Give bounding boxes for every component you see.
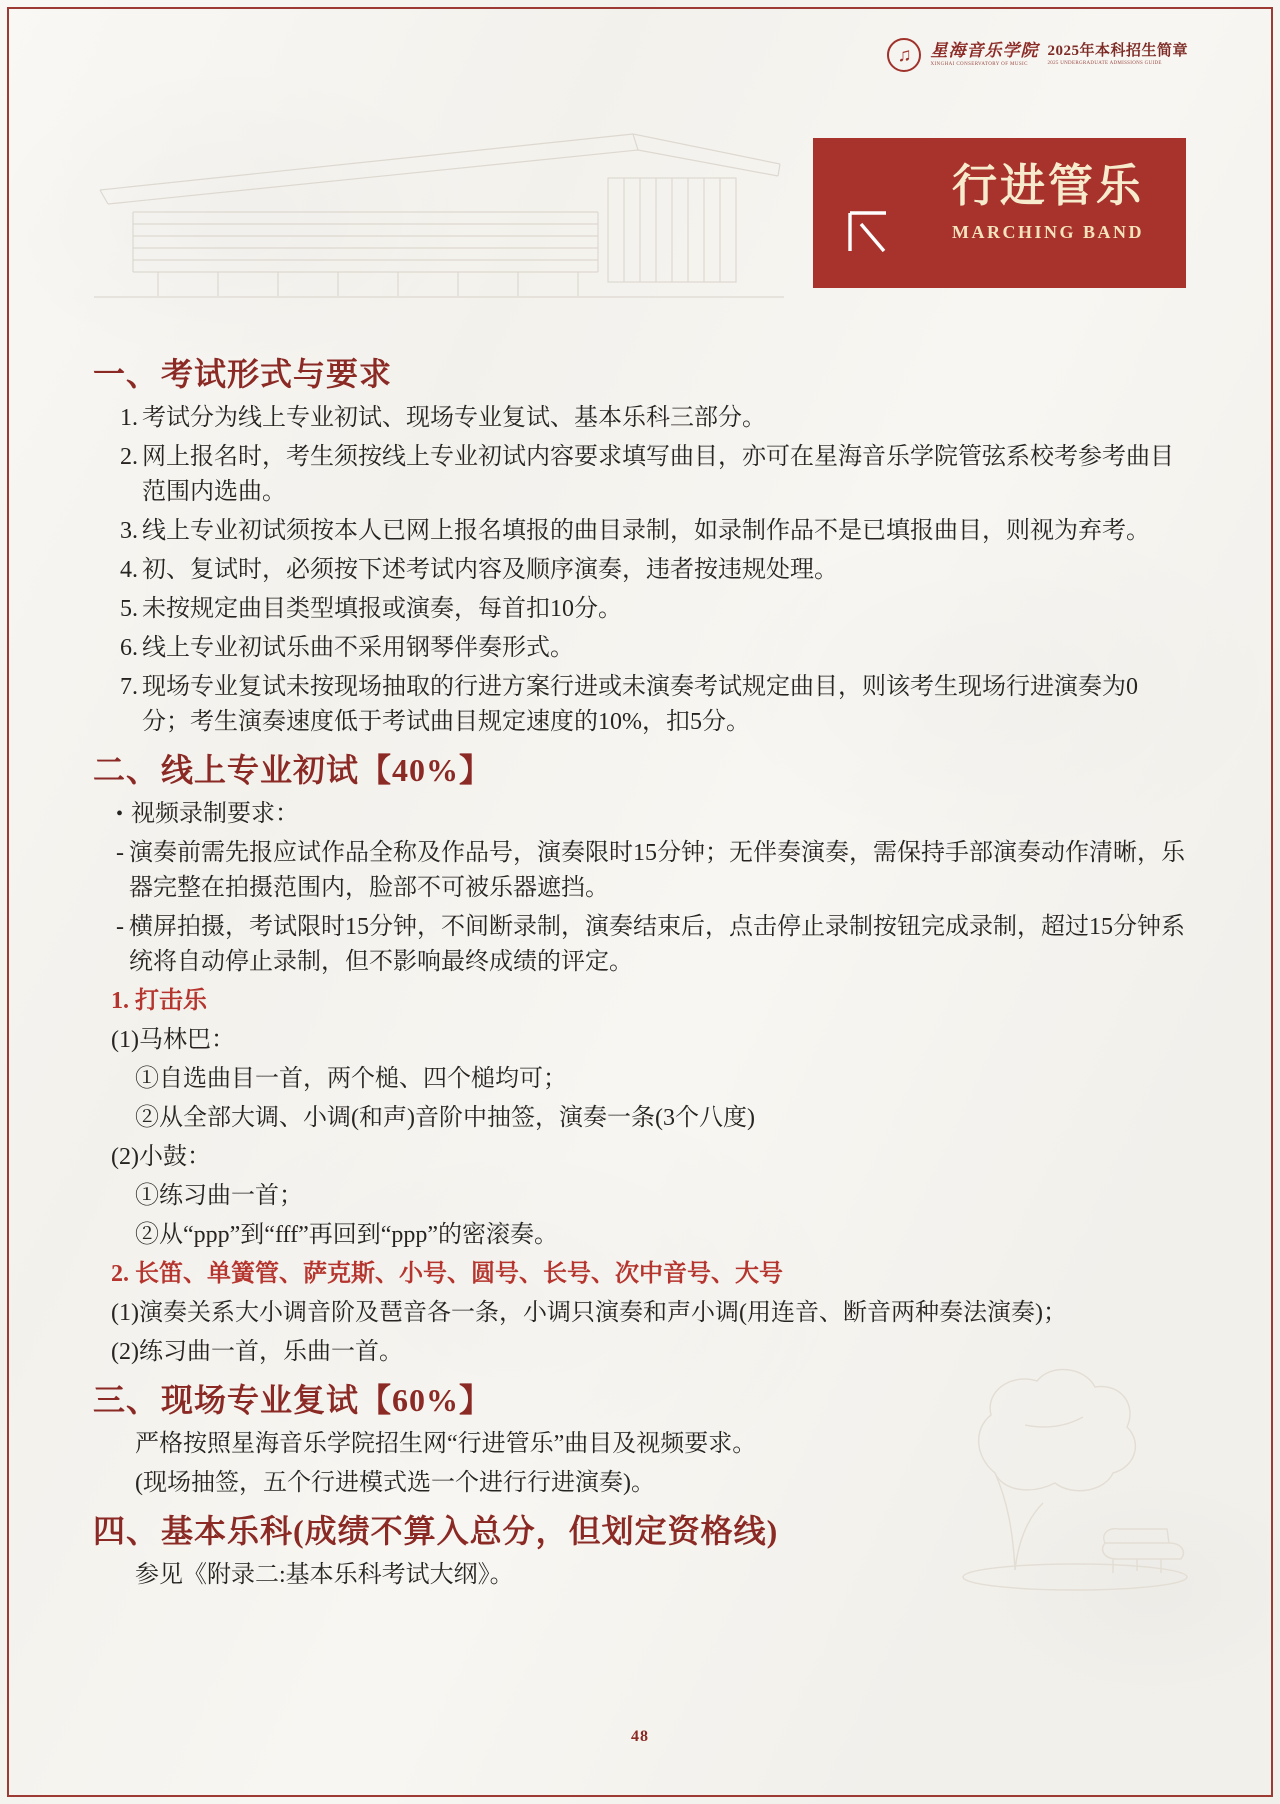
list-item: ②从“ppp”到“fff”再回到“ppp”的密滚奏。 xyxy=(135,1218,1185,1253)
item-text: 线上专业初试乐曲不采用钢琴伴奏形式。 xyxy=(142,631,1185,666)
edition-block: 2025年本科招生简章 2025 UNDERGRADUATE ADMISSION… xyxy=(1047,43,1188,68)
building-sketch xyxy=(78,112,808,302)
section-1-title: 考试形式与要求 xyxy=(161,351,392,397)
list-item: (现场抽签，五个行进模式选一个进行行进演奏)。 xyxy=(135,1466,1185,1501)
item-marker: 3. xyxy=(120,514,142,549)
item-text: 初、复试时，必须按下述考试内容及顺序演奏，违者按违规处理。 xyxy=(142,553,1185,588)
conservatory-logo-icon: ♫ xyxy=(887,38,921,72)
item-text: 横屏拍摄，考试限时15分钟，不间断录制，演奏结束后，点击停止录制按钮完成录制，超… xyxy=(129,910,1185,980)
dash-icon: - xyxy=(116,836,129,906)
conservatory-name: 星海音乐学院 xyxy=(930,42,1038,61)
list-item: 2. 网上报名时，考生须按线上专业初试内容要求填写曲目，亦可在星海音乐学院管弦系… xyxy=(120,440,1185,510)
list-item: (1)马林巴： xyxy=(111,1023,1185,1058)
list-item: - 横屏拍摄，考试限时15分钟，不间断录制，演奏结束后，点击停止录制按钮完成录制… xyxy=(116,910,1185,980)
item-text: 网上报名时，考生须按线上专业初试内容要求填写曲目，亦可在星海音乐学院管弦系校考参… xyxy=(142,440,1185,510)
dash-icon: - xyxy=(116,910,129,980)
brochure-page: ♫ 星海音乐学院 XINGHAI CONSERVATORY OF MUSIC 2… xyxy=(0,0,1280,1804)
section-1-number: 一、 xyxy=(93,351,161,397)
list-item: ①练习曲一首； xyxy=(135,1179,1185,1214)
arrow-up-left-icon xyxy=(847,210,891,254)
chapter-banner: 行进管乐 MARCHING BAND xyxy=(813,138,1186,288)
item-text: 视频录制要求： xyxy=(131,797,1185,832)
item-text: 未按规定曲目类型填报或演奏，每首扣10分。 xyxy=(142,592,1185,627)
list-item: 5. 未按规定曲目类型填报或演奏，每首扣10分。 xyxy=(120,592,1185,627)
list-item: - 演奏前需先报应试作品全称及作品号，演奏限时15分钟；无伴奏演奏，需保持手部演… xyxy=(116,836,1185,906)
item-marker: 4. xyxy=(120,553,142,588)
section-2-title: 线上专业初试【40%】 xyxy=(161,747,492,793)
edition-caption: 2025 UNDERGRADUATE ADMISSIONS GUIDE xyxy=(1047,60,1161,68)
section-4-title: 基本乐科(成绩不算入总分，但划定资格线) xyxy=(161,1508,778,1554)
page-header: ♫ 星海音乐学院 XINGHAI CONSERVATORY OF MUSIC 2… xyxy=(887,38,1188,72)
instrument-subhead: 1. 打击乐 xyxy=(111,984,1185,1019)
section-3-title: 现场专业复试【60%】 xyxy=(161,1377,492,1423)
edition-title: 2025年本科招生简章 xyxy=(1047,43,1188,60)
list-item: 参见《附录二:基本乐科考试大纲》。 xyxy=(135,1558,1185,1593)
section-3-heading: 三、 现场专业复试【60%】 xyxy=(93,1377,1185,1423)
item-marker: 5. xyxy=(120,592,142,627)
list-item: ①自选曲目一首，两个槌、四个槌均可； xyxy=(135,1062,1185,1097)
section-2-heading: 二、 线上专业初试【40%】 xyxy=(93,747,1185,793)
list-item: 严格按照星海音乐学院招生网“行进管乐”曲目及视频要求。 xyxy=(135,1427,1185,1462)
list-item: 1. 考试分为线上专业初试、现场专业复试、基本乐科三部分。 xyxy=(120,401,1185,436)
page-number: 48 xyxy=(0,1728,1280,1746)
section-4-number: 四、 xyxy=(93,1508,161,1554)
item-marker: 1. xyxy=(120,401,142,436)
section-1-heading: 一、 考试形式与要求 xyxy=(93,351,1185,397)
section-4-heading: 四、 基本乐科(成绩不算入总分，但划定资格线) xyxy=(93,1508,1185,1554)
item-marker: 6. xyxy=(120,631,142,666)
page-content: 一、 考试形式与要求 1. 考试分为线上专业初试、现场专业复试、基本乐科三部分。… xyxy=(0,344,1280,1597)
bullet-icon: • xyxy=(116,797,131,832)
item-marker: 7. xyxy=(120,670,142,740)
section-3-number: 三、 xyxy=(93,1377,161,1423)
list-item: 6. 线上专业初试乐曲不采用钢琴伴奏形式。 xyxy=(120,631,1185,666)
item-marker: 2. xyxy=(120,440,142,510)
list-item: (2)小鼓： xyxy=(111,1140,1185,1175)
list-item: • 视频录制要求： xyxy=(116,797,1185,832)
list-item: 7. 现场专业复试未按现场抽取的行进方案行进或未演奏考试规定曲目，则该考生现场行… xyxy=(120,670,1185,740)
list-item: (1)演奏关系大小调音阶及琶音各一条，小调只演奏和声小调(用连音、断音两种奏法演… xyxy=(111,1296,1185,1331)
conservatory-name-caption: XINGHAI CONSERVATORY OF MUSIC xyxy=(930,61,1027,68)
list-item: 3. 线上专业初试须按本人已网上报名填报的曲目录制，如录制作品不是已填报曲目，则… xyxy=(120,514,1185,549)
section-2-number: 二、 xyxy=(93,747,161,793)
item-text: 线上专业初试须按本人已网上报名填报的曲目录制，如录制作品不是已填报曲目，则视为弃… xyxy=(142,514,1185,549)
chapter-subtitle: MARCHING BAND xyxy=(847,222,1144,243)
item-text: 演奏前需先报应试作品全称及作品号，演奏限时15分钟；无伴奏演奏，需保持手部演奏动… xyxy=(129,836,1185,906)
conservatory-logo-text: 星海音乐学院 XINGHAI CONSERVATORY OF MUSIC xyxy=(930,42,1038,68)
item-text: 考试分为线上专业初试、现场专业复试、基本乐科三部分。 xyxy=(142,401,1185,436)
item-text: 现场专业复试未按现场抽取的行进方案行进或未演奏考试规定曲目，则该考生现场行进演奏… xyxy=(142,670,1185,740)
list-item: ②从全部大调、小调(和声)音阶中抽签，演奏一条(3个八度) xyxy=(135,1101,1185,1136)
chapter-title: 行进管乐 xyxy=(847,162,1144,212)
instrument-subhead: 2. 长笛、单簧管、萨克斯、小号、圆号、长号、次中音号、大号 xyxy=(111,1257,1185,1292)
list-item: 4. 初、复试时，必须按下述考试内容及顺序演奏，违者按违规处理。 xyxy=(120,553,1185,588)
list-item: (2)练习曲一首，乐曲一首。 xyxy=(111,1335,1185,1370)
